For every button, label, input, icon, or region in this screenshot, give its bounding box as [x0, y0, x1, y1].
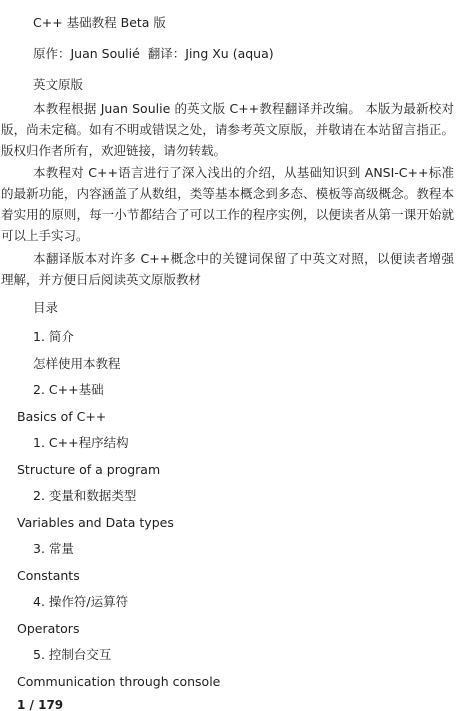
toc-item-variables-en: Variables and Data types	[17, 512, 456, 533]
toc-item-console-zh: 5. 控制台交互	[33, 644, 456, 665]
toc-item-program-structure-zh: 1. C++程序结构	[33, 432, 456, 453]
page-number-indicator: 1 / 179	[17, 697, 456, 711]
toc-item-console-en: Communication through console	[17, 671, 456, 692]
toc-item-constants-zh: 3. 常量	[33, 538, 456, 559]
byline: 原作：Juan Soulié 翻译：Jing Xu (aqua)	[33, 43, 454, 64]
intro-paragraph: 本教程根据 Juan Soulie 的英文版 C++教程翻译并改编。 本版为最新…	[1, 98, 454, 161]
toc-item-cpp-basics-en: Basics of C++	[17, 406, 456, 427]
toc-item-how-to-use: 怎样使用本教程	[33, 353, 456, 374]
translation-note-paragraph: 本翻译版本对许多 C++概念中的关键词保留了中英文对照，以便读者增强理解，并方便…	[1, 248, 454, 290]
toc-item-variables-zh: 2. 变量和数据类型	[33, 485, 456, 506]
toc-item-operators-en: Operators	[17, 618, 456, 639]
toc-item-operators-zh: 4. 操作符/运算符	[33, 591, 456, 612]
original-version-label: 英文原版	[33, 74, 454, 95]
toc-item-cpp-basics-zh: 2. C++基础	[33, 379, 456, 400]
toc-item-program-structure-en: Structure of a program	[17, 459, 456, 480]
toc-heading: 目录	[33, 297, 456, 318]
document-page: C++ 基础教程 Beta 版 原作：Juan Soulié 翻译：Jing X…	[0, 0, 456, 711]
toc-item-constants-en: Constants	[17, 565, 456, 586]
overview-paragraph: 本教程对 C++语言进行了深入浅出的介绍，从基础知识到 ANSI-C++标准的最…	[1, 162, 454, 246]
document-title: C++ 基础教程 Beta 版	[33, 12, 454, 33]
toc-item-intro: 1. 简介	[33, 326, 456, 347]
